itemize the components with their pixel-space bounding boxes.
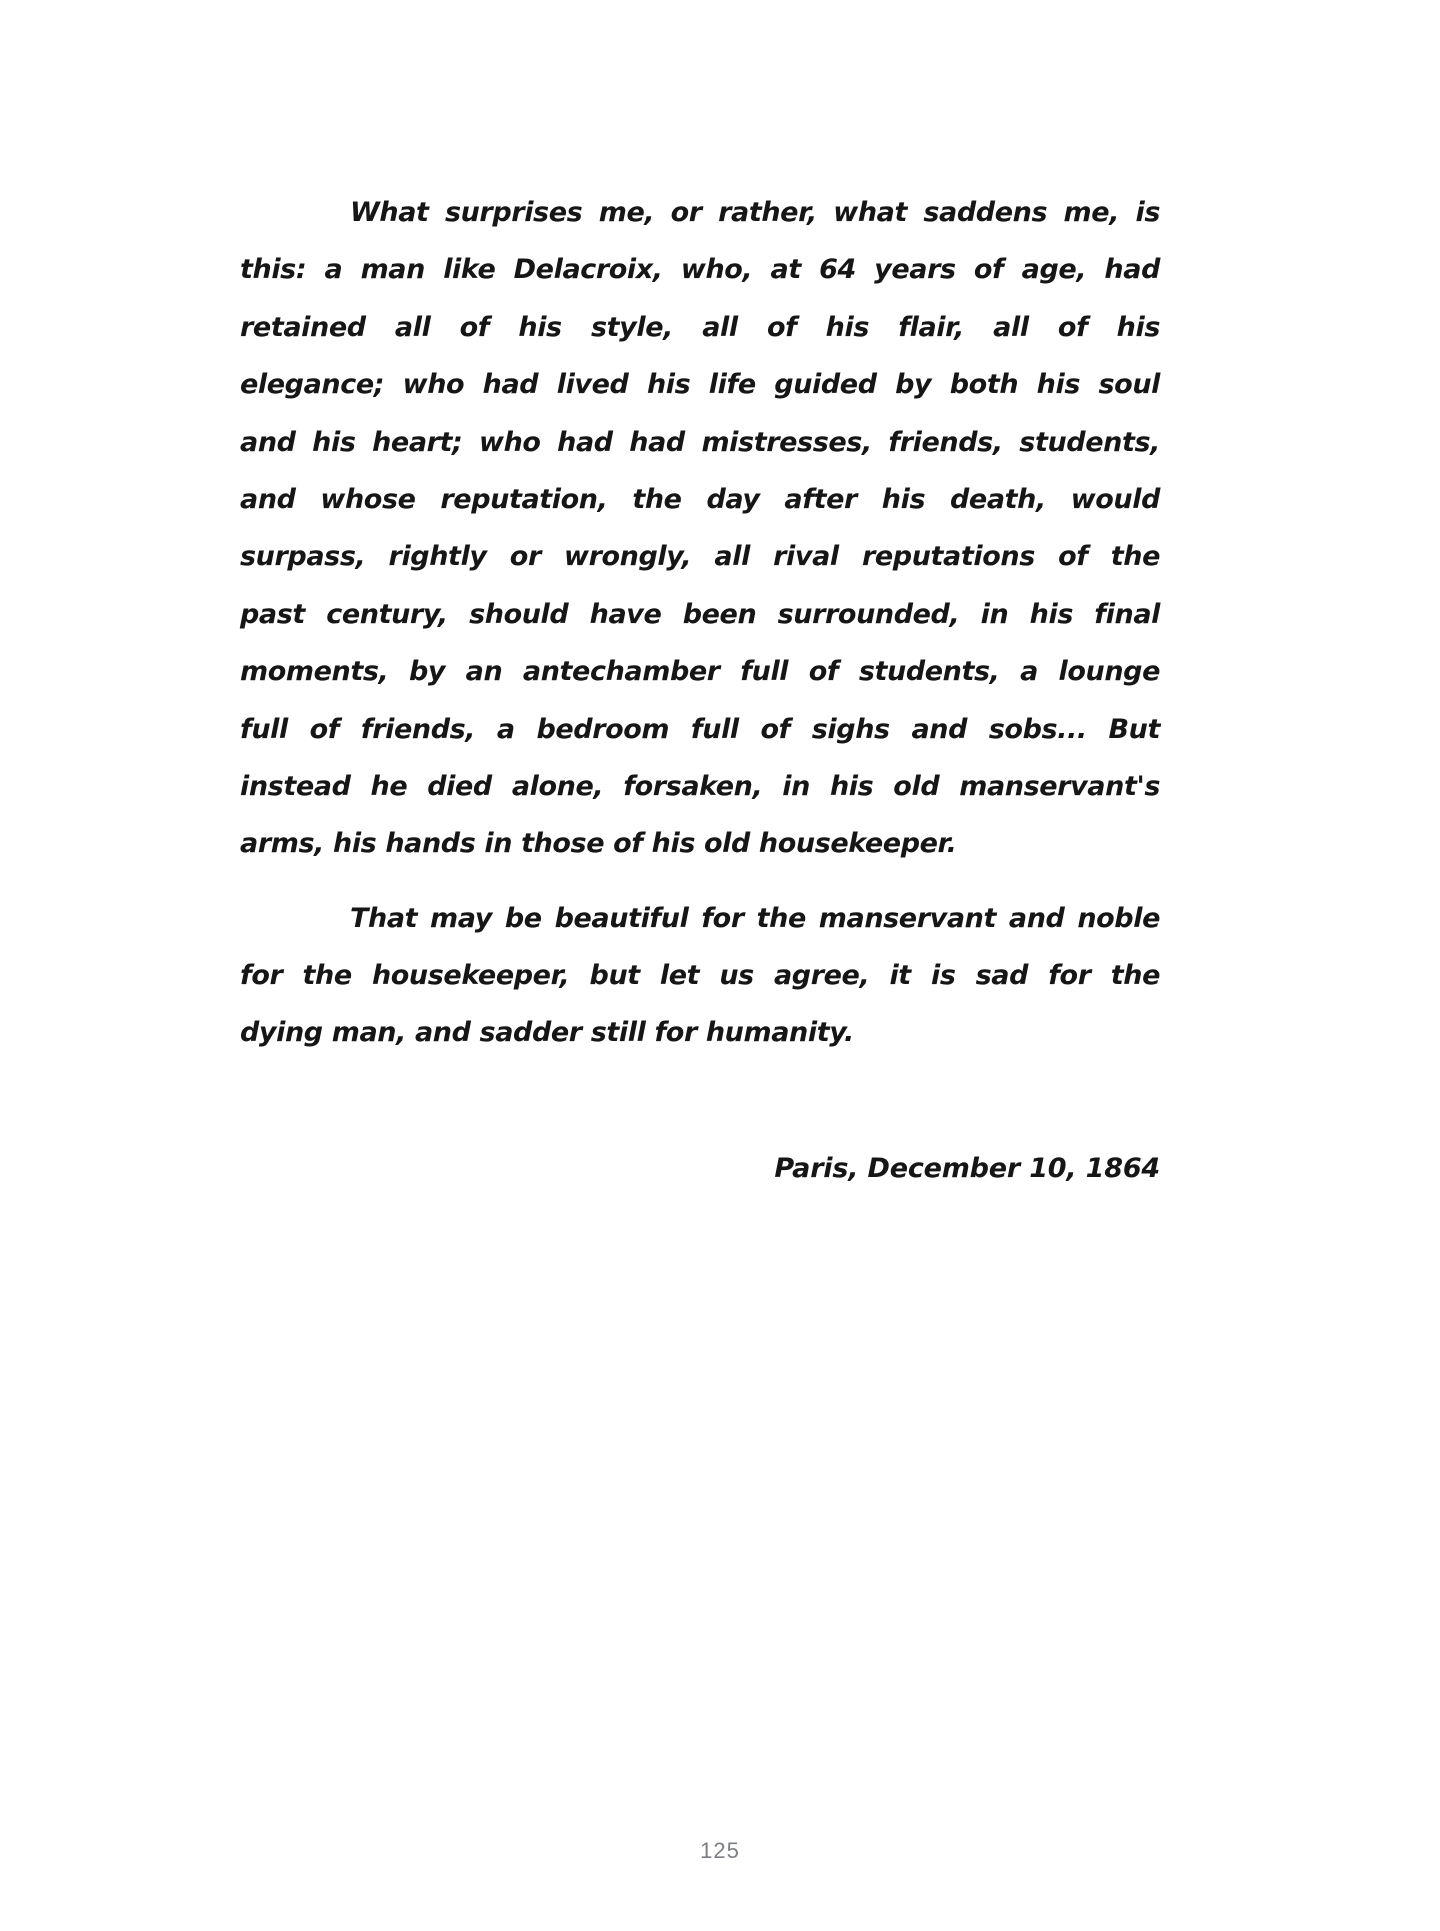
page-number: 125 [0, 1838, 1440, 1864]
text-line: and whose reputation, the day after his … [240, 471, 1160, 528]
text-line: and his heart; who had had mistresses, f… [240, 414, 1160, 471]
body-text-block: What surprises me, or rather, what sadde… [240, 184, 1160, 1062]
text-line: instead he died alone, forsaken, in his … [240, 758, 1160, 815]
text-line: moments, by an antechamber full of stude… [240, 643, 1160, 700]
text-line: for the housekeeper, but let us agree, i… [240, 947, 1160, 1004]
text-line: That may be beautiful for the manservant… [240, 890, 1160, 947]
text-line: elegance; who had lived his life guided … [240, 356, 1160, 413]
text-line: arms, his hands in those of his old hous… [240, 815, 1160, 872]
text-line: this: a man like Delacroix, who, at 64 y… [240, 241, 1160, 298]
dateline: Paris, December 10, 1864 [240, 1140, 1160, 1197]
text-line: full of friends, a bedroom full of sighs… [240, 701, 1160, 758]
paragraph-2: That may be beautiful for the manservant… [240, 890, 1160, 1062]
text-line: retained all of his style, all of his fl… [240, 299, 1160, 356]
book-page: What surprises me, or rather, what sadde… [0, 0, 1440, 1931]
text-line: surpass, rightly or wrongly, all rival r… [240, 528, 1160, 585]
paragraph-1: What surprises me, or rather, what sadde… [240, 184, 1160, 873]
text-line: What surprises me, or rather, what sadde… [240, 184, 1160, 241]
text-line: past century, should have been surrounde… [240, 586, 1160, 643]
text-line: dying man, and sadder still for humanity… [240, 1004, 1160, 1061]
